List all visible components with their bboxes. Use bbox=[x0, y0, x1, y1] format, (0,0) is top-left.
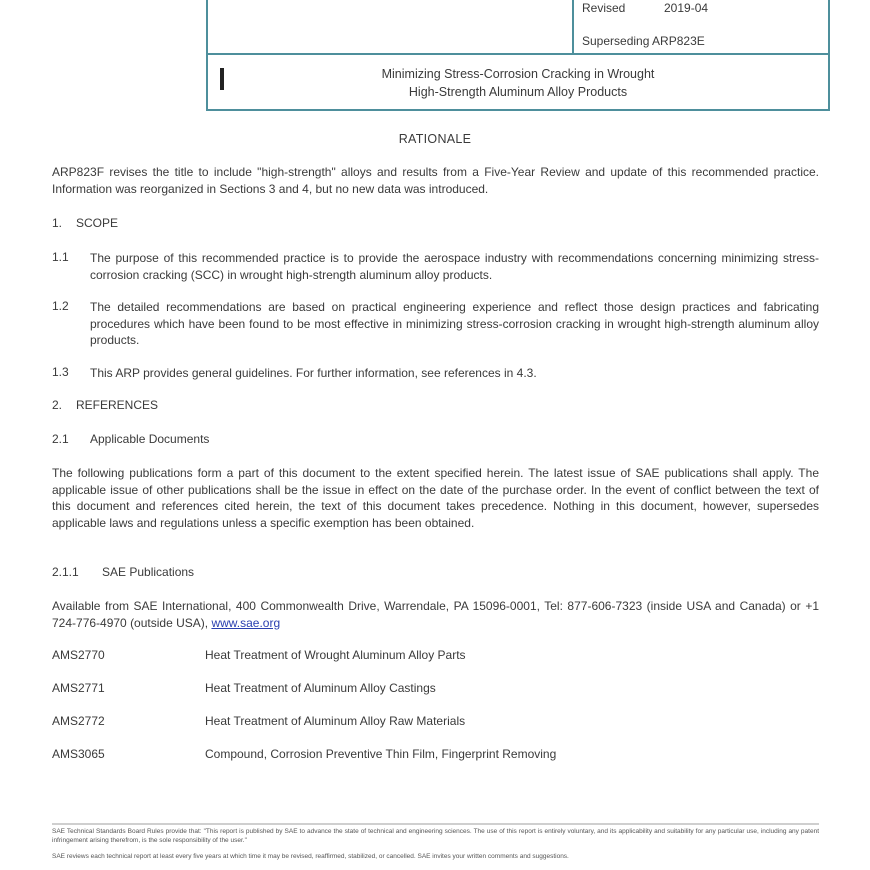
doc-code: AMS2771 bbox=[52, 681, 105, 695]
section-1-3-text: This ARP provides general guidelines. Fo… bbox=[90, 365, 819, 382]
section-1-2-number: 1.2 bbox=[52, 299, 69, 313]
title-line-2: High-Strength Aluminum Alloy Products bbox=[208, 83, 828, 101]
section-2-1-1-number: 2.1.1 bbox=[52, 565, 79, 579]
footer-text-1: SAE Technical Standards Board Rules prov… bbox=[52, 828, 819, 845]
section-1-2-text: The detailed recommendations are based o… bbox=[90, 299, 819, 349]
doc-code: AMS2772 bbox=[52, 714, 105, 728]
footer-divider bbox=[52, 823, 819, 825]
scope-heading: SCOPE bbox=[76, 216, 118, 230]
sae-website-link[interactable]: www.sae.org bbox=[211, 616, 280, 630]
document-header-box: Revised2019-04 Superseding ARP823E Minim… bbox=[206, 0, 830, 111]
revised-value: 2019-04 bbox=[664, 1, 708, 15]
applicable-documents-text: The following publications form a part o… bbox=[52, 465, 819, 531]
sae-address: Available from SAE International, 400 Co… bbox=[52, 599, 819, 630]
doc-title: Heat Treatment of Wrought Aluminum Alloy… bbox=[205, 648, 466, 662]
title-line-1: Minimizing Stress-Corrosion Cracking in … bbox=[208, 65, 828, 83]
header-top-section: Revised2019-04 Superseding ARP823E bbox=[208, 0, 828, 55]
references-heading: REFERENCES bbox=[76, 398, 158, 412]
references-number: 2. bbox=[52, 398, 62, 412]
scope-number: 1. bbox=[52, 216, 62, 230]
superseding-row: Superseding ARP823E bbox=[582, 34, 705, 48]
section-1-1-number: 1.1 bbox=[52, 250, 69, 264]
doc-title: Compound, Corrosion Preventive Thin Film… bbox=[205, 747, 556, 761]
rationale-text: ARP823F revises the title to include "hi… bbox=[52, 164, 819, 197]
doc-title: Heat Treatment of Aluminum Alloy Raw Mat… bbox=[205, 714, 465, 728]
document-title: Minimizing Stress-Corrosion Cracking in … bbox=[208, 55, 828, 111]
section-1-1-text: The purpose of this recommended practice… bbox=[90, 250, 819, 283]
superseding-value: Superseding ARP823E bbox=[582, 34, 705, 48]
revision-info: Revised2019-04 Superseding ARP823E bbox=[572, 0, 828, 53]
sae-publications-heading: SAE Publications bbox=[102, 565, 194, 579]
revised-row: Revised2019-04 bbox=[582, 1, 708, 15]
rationale-heading: RATIONALE bbox=[0, 132, 870, 146]
sae-availability-text: Available from SAE International, 400 Co… bbox=[52, 598, 819, 631]
doc-code: AMS3065 bbox=[52, 747, 105, 761]
doc-code: AMS2770 bbox=[52, 648, 105, 662]
doc-title: Heat Treatment of Aluminum Alloy Casting… bbox=[205, 681, 436, 695]
revised-label: Revised bbox=[582, 1, 664, 15]
applicable-documents-heading: Applicable Documents bbox=[90, 432, 209, 446]
footer-text-2: SAE reviews each technical report at lea… bbox=[52, 853, 819, 862]
change-bar bbox=[220, 68, 224, 90]
section-1-3-number: 1.3 bbox=[52, 365, 69, 379]
section-2-1-number: 2.1 bbox=[52, 432, 69, 446]
